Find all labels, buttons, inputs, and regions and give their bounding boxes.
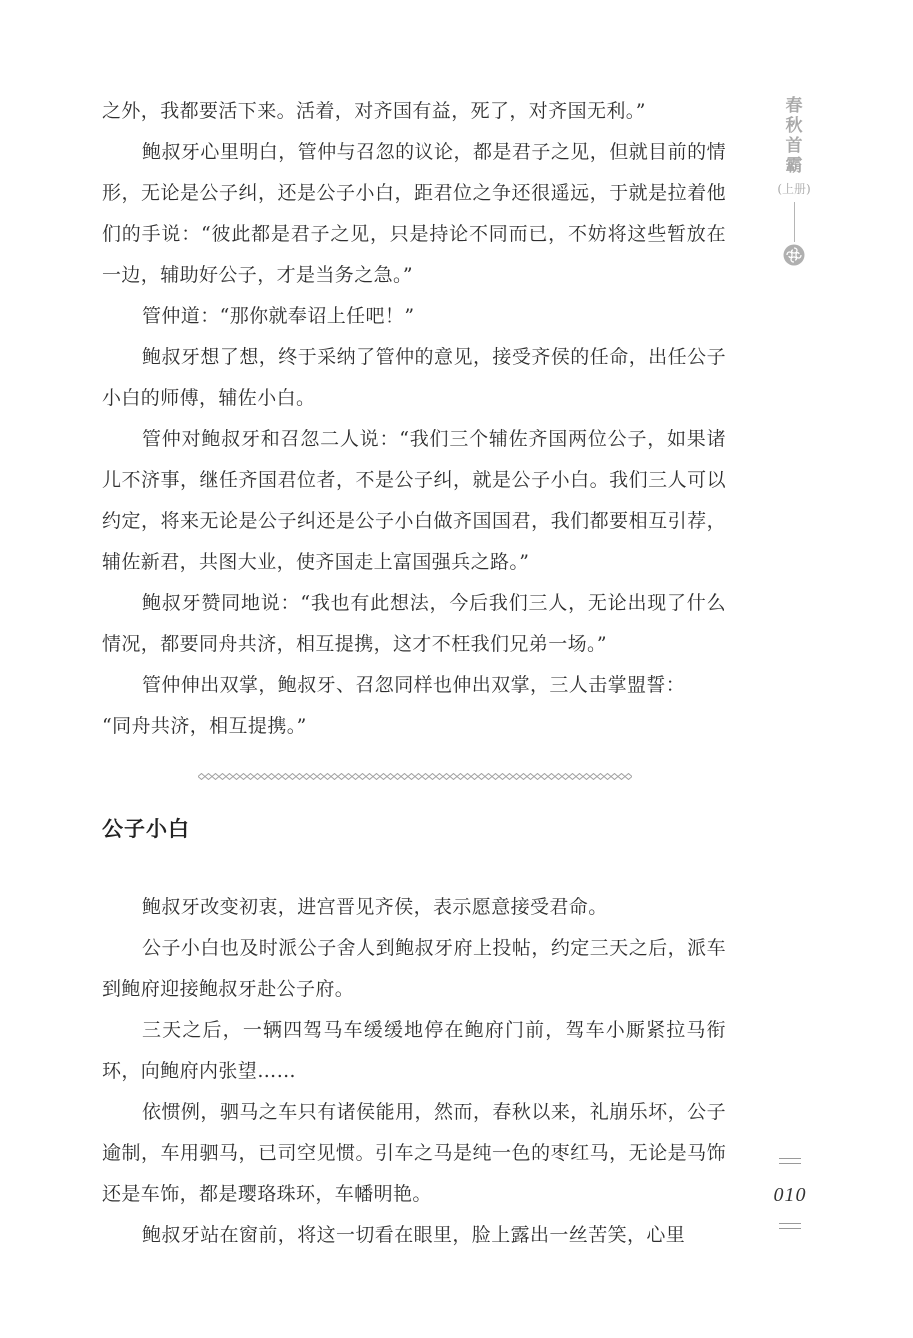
paragraph: 管仲伸出双掌，鲍叔牙、召忽同样也伸出双掌，三人击掌盟誓：: [102, 665, 726, 706]
paragraph: 鲍叔牙心里明白，管仲与召忽的议论，都是君子之见，但就目前的情形，无论是公子纠，还…: [102, 132, 726, 296]
paragraph: 之外，我都要活下来。活着，对齐国有益，死了，对齐国无利。”: [102, 91, 726, 132]
paragraph: 公子小白也及时派公子舍人到鲍叔牙府上投帖，约定三天之后，派车到鲍府迎接鲍叔牙赴公…: [102, 928, 726, 1010]
paragraph: 鲍叔牙想了想，终于采纳了管仲的意见，接受齐侯的任命，出任公子小白的师傅，辅佐小白…: [102, 337, 726, 419]
book-title-char: 首: [772, 136, 816, 156]
paragraph: 鲍叔牙站在窗前，将这一切看在眼里，脸上露出一丝苦笑，心里: [102, 1215, 726, 1256]
paragraph: “同舟共济，相互提携。”: [102, 706, 726, 747]
book-title-char: 春: [772, 96, 816, 116]
swirl-emblem-icon: [783, 244, 805, 266]
page-number: 010: [772, 1181, 808, 1209]
paragraph: 管仲道：“那你就奉诏上任吧！”: [102, 296, 726, 337]
page-number-rule-top: [779, 1158, 801, 1164]
volume-label: (上册): [764, 180, 824, 198]
book-title-char: 秋: [772, 116, 816, 136]
paragraph: 鲍叔牙改变初衷，进宫晋见齐侯，表示愿意接受君命。: [102, 887, 726, 928]
top-text-block: 之外，我都要活下来。活着，对齐国有益，死了，对齐国无利。” 鲍叔牙心里明白，管仲…: [102, 91, 726, 747]
book-page: 之外，我都要活下来。活着，对齐国有益，死了，对齐国无利。” 鲍叔牙心里明白，管仲…: [0, 0, 913, 1338]
sidebar-vertical-rule: [794, 202, 795, 242]
page-number-rule-bottom: [779, 1223, 801, 1229]
paragraph: 依惯例，驷马之车只有诸侯能用，然而，春秋以来，礼崩乐坏，公子逾制，车用驷马，已司…: [102, 1092, 726, 1215]
running-header-sidebar: 春 秋 首 霸 (上册): [772, 96, 816, 266]
page-number-block: 010: [772, 1158, 808, 1229]
paragraph: 管仲对鲍叔牙和召忽二人说：“我们三个辅佐齐国两位公子，如果诸儿不济事，继任齐国君…: [102, 419, 726, 583]
section-title: 公子小白: [102, 812, 190, 846]
paragraph: 鲍叔牙赞同地说：“我也有此想法，今后我们三人，无论出现了什么情况，都要同舟共济，…: [102, 583, 726, 665]
ornamental-divider: [198, 773, 632, 780]
book-title-char: 霸: [772, 156, 816, 176]
paragraph: 三天之后，一辆四驾马车缓缓地停在鲍府门前，驾车小厮紧拉马衔环，向鲍府内张望……: [102, 1010, 726, 1092]
section-text-block: 鲍叔牙改变初衷，进宫晋见齐侯，表示愿意接受君命。 公子小白也及时派公子舍人到鲍叔…: [102, 887, 726, 1256]
